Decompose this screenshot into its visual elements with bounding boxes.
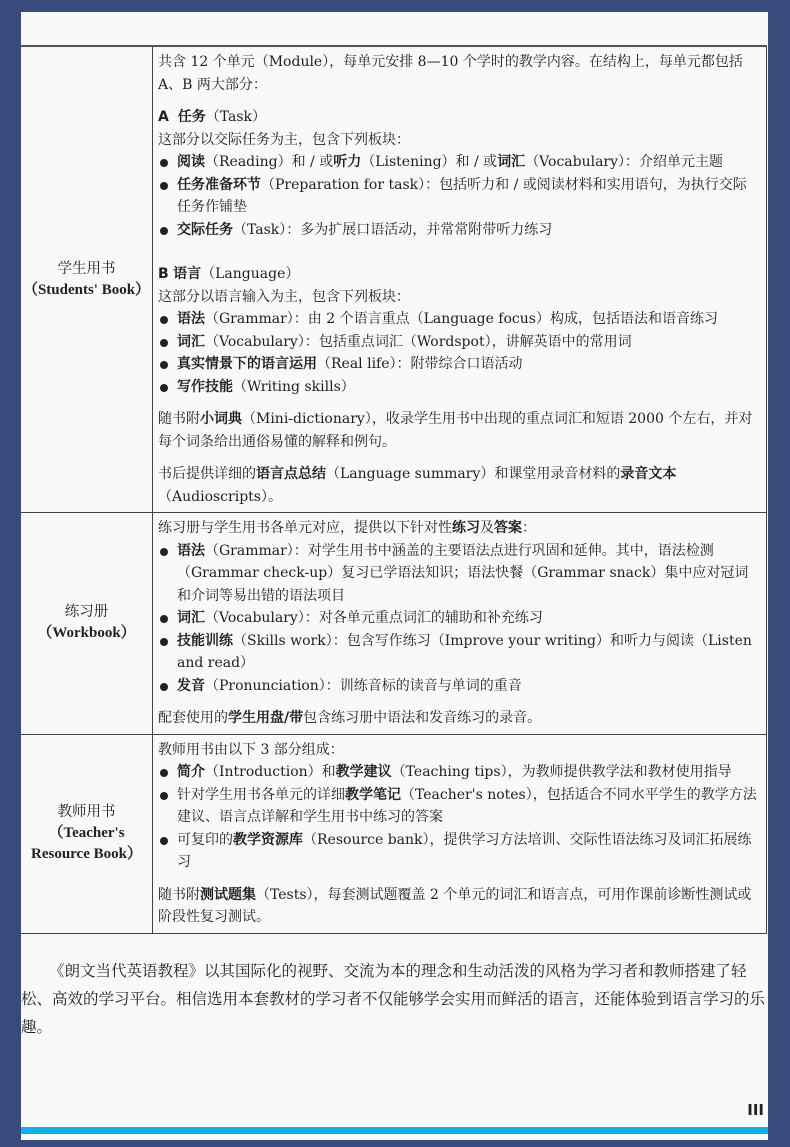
- intro-text: 教师用书由以下 3 部分组成：: [158, 739, 760, 762]
- row-label-teachers-book: 教师用书 （Teacher's Resource Book）: [21, 734, 153, 933]
- document-page: 学生用书 （Students' Book） 共含 12 个单元（Module），…: [21, 12, 768, 1140]
- row-body-workbook: 练习册与学生用书各单元对应，提供以下针对性练习及答案： 语法（Grammar）：…: [153, 513, 767, 735]
- section-a-list: 阅读（Reading）和 / 或听力（Listening）和 / 或词汇（Voc…: [158, 151, 760, 241]
- section-b-list: 语法（Grammar）：由 2 个语言重点（Language focus）构成，…: [158, 308, 760, 398]
- closing-paragraph: 《朗文当代英语教程》以其国际化的视野、交流为本的理念和生动活泼的风格为学习者和教…: [21, 957, 767, 1041]
- list-item: 阅读（Reading）和 / 或听力（Listening）和 / 或词汇（Voc…: [158, 151, 760, 174]
- list-item: 写作技能（Writing skills）: [158, 376, 760, 399]
- table-row-teachers-book: 教师用书 （Teacher's Resource Book） 教师用书由以下 3…: [21, 734, 767, 933]
- section-b-heading: B 语言（Language）: [158, 263, 760, 286]
- list-item: 针对学生用书各单元的详细教学笔记（Teacher's notes），包括适合不同…: [158, 784, 760, 829]
- list-item: 语法（Grammar）：对学生用书中涵盖的主要语法点进行巩固和延伸。其中，语法检…: [158, 540, 760, 608]
- list-item: 简介（Introduction）和教学建议（Teaching tips），为教师…: [158, 761, 760, 784]
- list-item: 可复印的教学资源库（Resource bank），提供学习方法培训、交际性语法练…: [158, 829, 760, 874]
- bottom-accent-bar: [21, 1127, 768, 1134]
- list-item: 语法（Grammar）：由 2 个语言重点（Language focus）构成，…: [158, 308, 760, 331]
- label-en-line2: Resource Book）: [21, 844, 152, 865]
- row-body-students-book: 共含 12 个单元（Module），每单元安排 8—10 个学时的教学内容。在结…: [153, 46, 767, 513]
- list-item: 词汇（Vocabulary）：包括重点词汇（Wordspot），讲解英语中的常用…: [158, 331, 760, 354]
- list-item: 任务准备环节（Preparation for task）：包括听力和 / 或阅读…: [158, 174, 760, 219]
- label-en: （Students' Book）: [21, 280, 152, 301]
- label-en-line1: （Teacher's: [21, 823, 152, 844]
- audio-note: 配套使用的学生用盘/带包含练习册中语法和发音练习的录音。: [158, 707, 760, 730]
- language-summary-note: 书后提供详细的语言点总结（Language summary）和课堂用录音材料的录…: [158, 463, 760, 508]
- list-item: 词汇（Vocabulary）：对各单元重点词汇的辅助和补充练习: [158, 607, 760, 630]
- table-row-workbook: 练习册 （Workbook） 练习册与学生用书各单元对应，提供以下针对性练习及答…: [21, 513, 767, 735]
- page-number: III: [747, 1101, 764, 1119]
- label-cn: 学生用书: [21, 259, 152, 280]
- intro-text: 练习册与学生用书各单元对应，提供以下针对性练习及答案：: [158, 517, 760, 540]
- list-item: 发音（Pronunciation）：训练音标的读音与单词的重音: [158, 675, 760, 698]
- list-item: 技能训练（Skills work）：包含写作练习（Improve your wr…: [158, 630, 760, 675]
- table-row-students-book: 学生用书 （Students' Book） 共含 12 个单元（Module），…: [21, 46, 767, 513]
- section-b-desc: 这部分以语言输入为主，包含下列板块：: [158, 286, 760, 309]
- label-en: （Workbook）: [21, 623, 152, 644]
- label-cn: 练习册: [21, 602, 152, 623]
- workbook-list: 语法（Grammar）：对学生用书中涵盖的主要语法点进行巩固和延伸。其中，语法检…: [158, 540, 760, 698]
- section-a-desc: 这部分以交际任务为主，包含下列板块：: [158, 129, 760, 152]
- list-item: 交际任务（Task）：多为扩展口语活动，并常常附带听力练习: [158, 219, 760, 242]
- intro-text: 共含 12 个单元（Module），每单元安排 8—10 个学时的教学内容。在结…: [158, 51, 760, 96]
- teachers-book-list: 简介（Introduction）和教学建议（Teaching tips），为教师…: [158, 761, 760, 874]
- mini-dictionary-note: 随书附小词典（Mini-dictionary），收录学生用书中出现的重点词汇和短…: [158, 408, 760, 453]
- label-cn: 教师用书: [21, 802, 152, 823]
- row-label-students-book: 学生用书 （Students' Book）: [21, 46, 153, 513]
- tests-note: 随书附测试题集（Tests），每套测试题覆盖 2 个单元的词汇和语言点，可用作课…: [158, 884, 760, 929]
- section-a-heading: A 任务（Task）: [158, 106, 760, 129]
- row-body-teachers-book: 教师用书由以下 3 部分组成： 简介（Introduction）和教学建议（Te…: [153, 734, 767, 933]
- row-label-workbook: 练习册 （Workbook）: [21, 513, 153, 735]
- list-item: 真实情景下的语言运用（Real life）：附带综合口语活动: [158, 353, 760, 376]
- textbook-components-table: 学生用书 （Students' Book） 共含 12 个单元（Module），…: [21, 45, 767, 934]
